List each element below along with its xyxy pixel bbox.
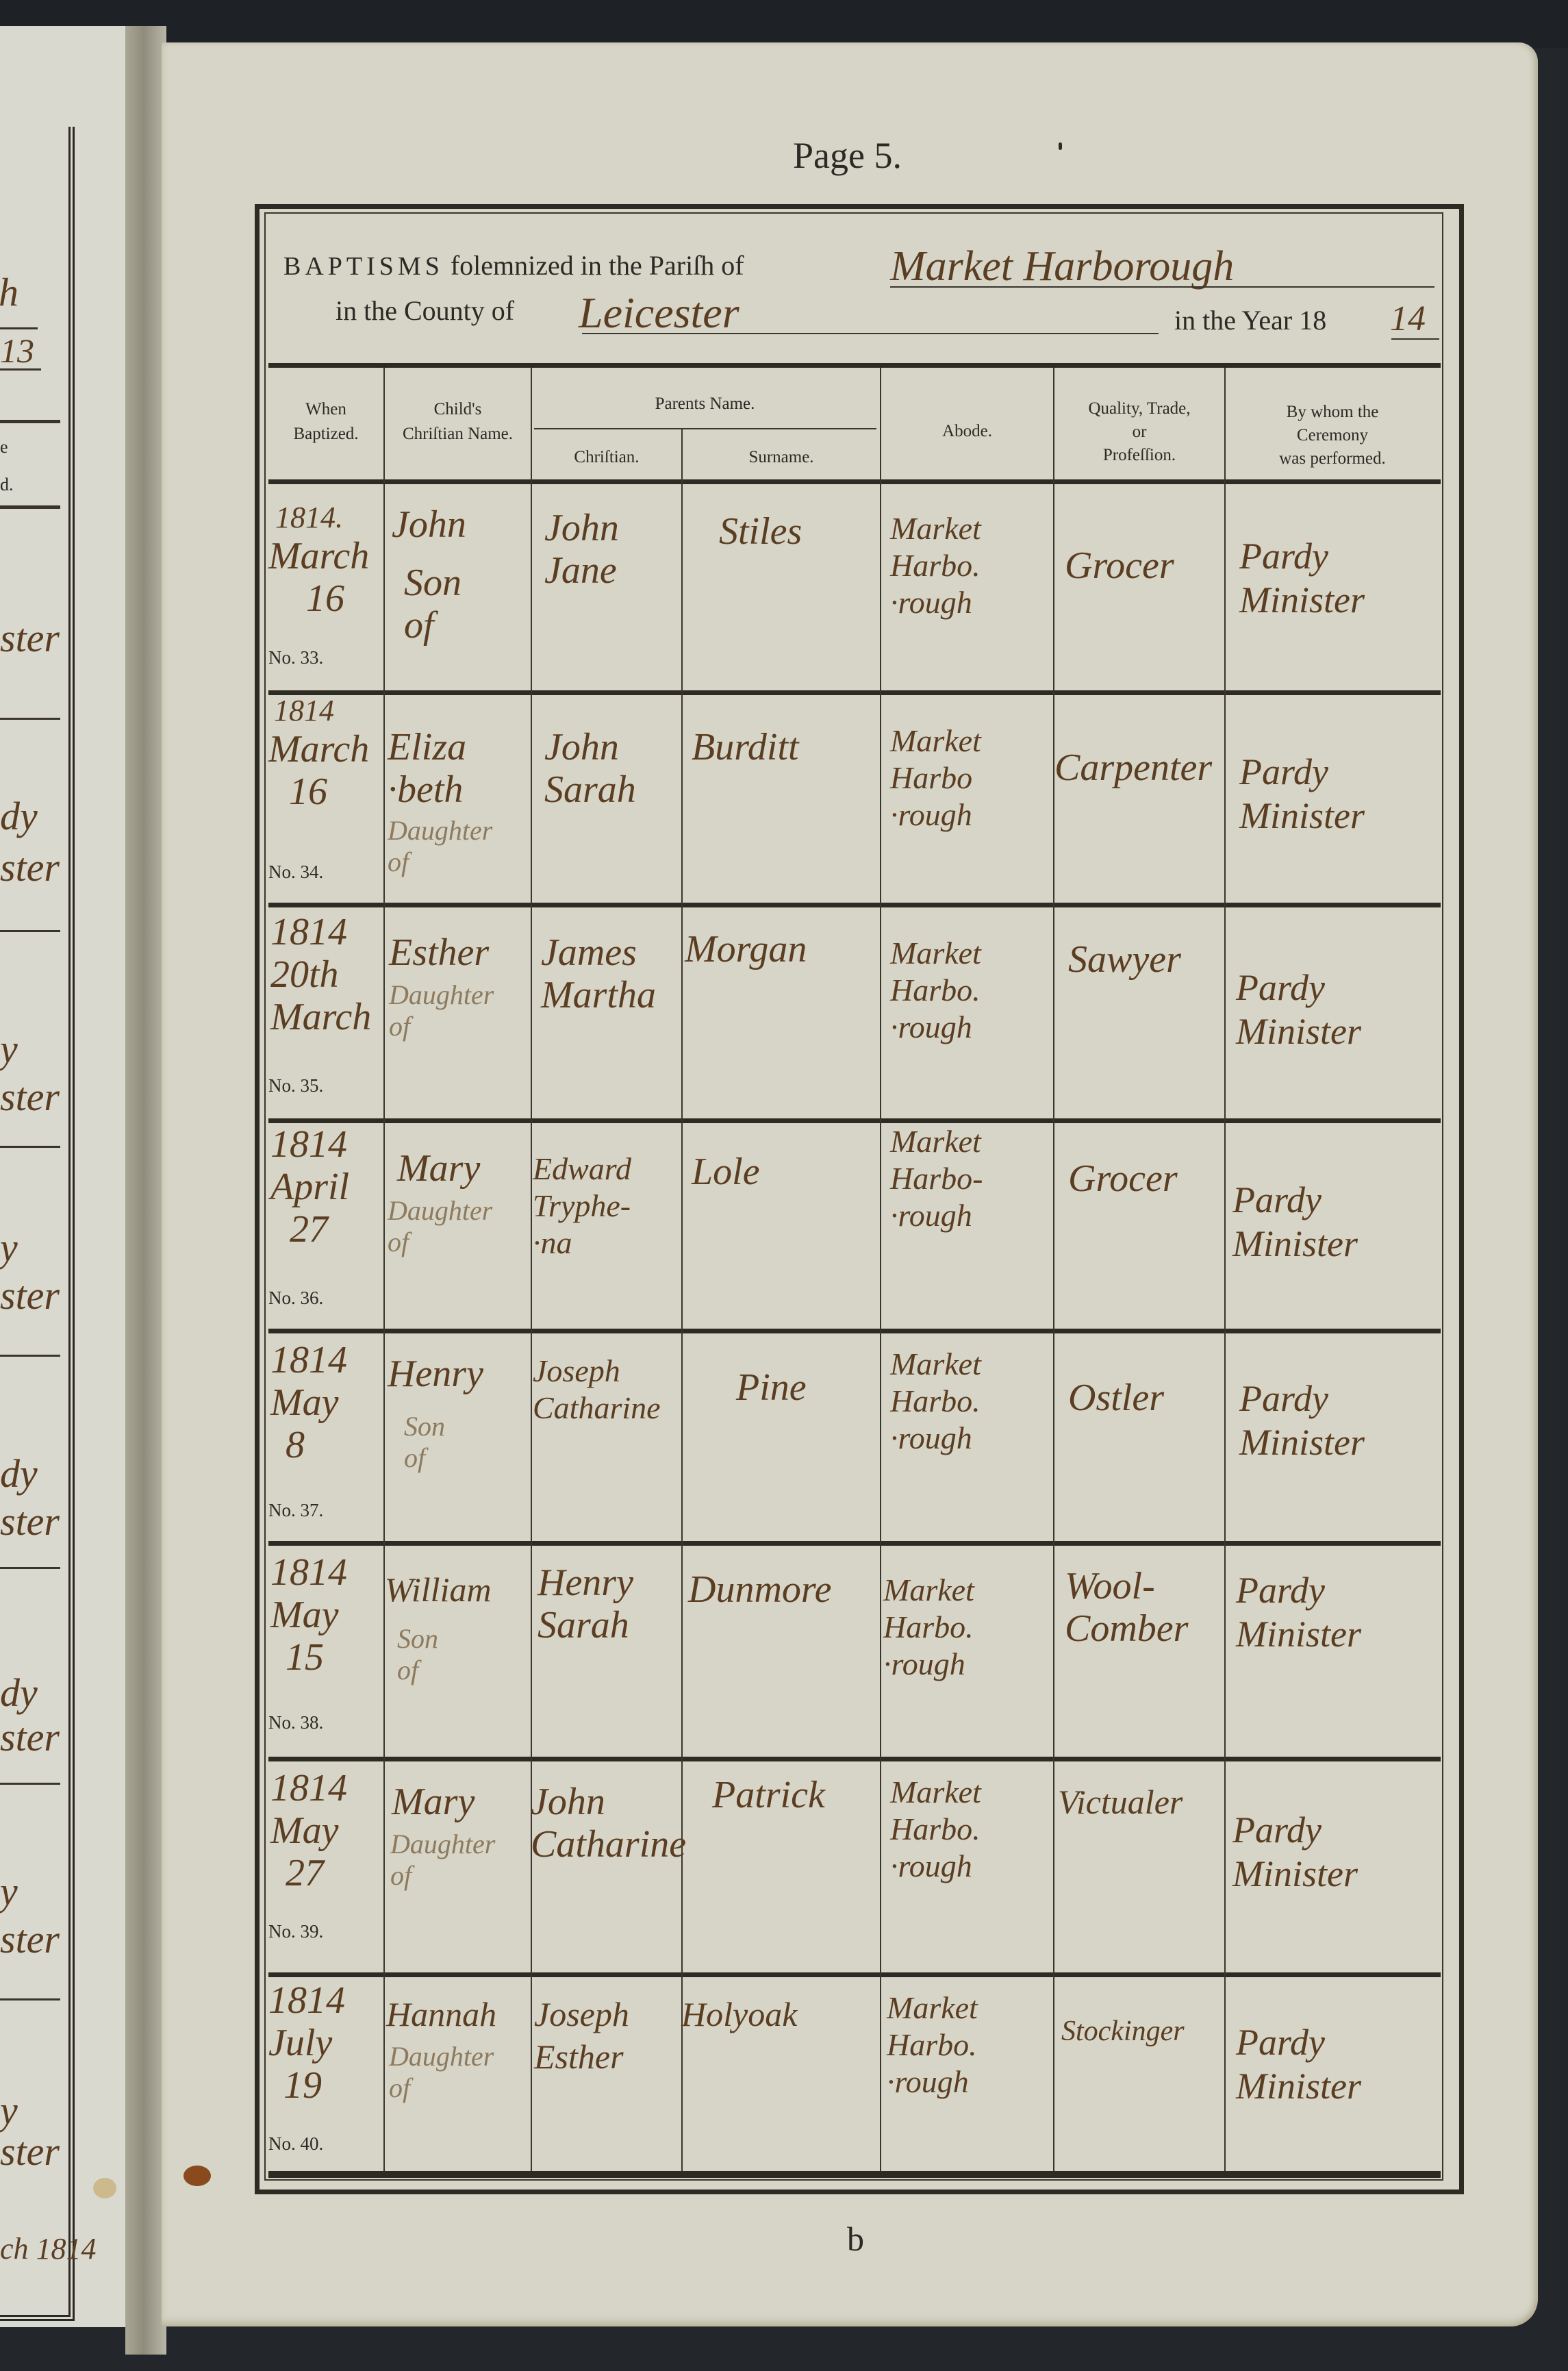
parents-surname: Pine: [736, 1366, 807, 1409]
child-name: Mary: [397, 1147, 480, 1190]
row-divider: [268, 903, 1441, 907]
child-relation: Son of: [404, 562, 461, 647]
left-year-fragment: 13: [0, 331, 34, 371]
entry-month: April: [270, 1166, 349, 1208]
row-divider: [268, 690, 1441, 695]
parents-christian: Joseph Esther: [534, 1993, 629, 2078]
child-relation: Son of: [397, 1623, 438, 1686]
trade: Ostler: [1068, 1377, 1164, 1419]
left-page-frame: [0, 127, 75, 2321]
child-name: Mary: [392, 1781, 475, 1823]
left-rule: [0, 1567, 60, 1569]
left-rule: [0, 1146, 60, 1148]
left-minister-fragment: dy: [0, 1451, 38, 1496]
entry-day: 27: [286, 1852, 347, 1894]
parents-christian: Henry Sarah: [538, 1561, 633, 1646]
left-rule: [0, 1783, 60, 1785]
child-name: John: [392, 503, 466, 546]
column-header-parents-christian: Chriſtian.: [532, 445, 681, 470]
entry-number: No. 36.: [268, 1288, 323, 1309]
row-divider: [268, 1118, 1441, 1123]
parents-christian: John Catharine: [531, 1781, 686, 1866]
parish-underline: [890, 286, 1434, 288]
header-bottom-rule: [268, 479, 1441, 484]
left-rule: [0, 505, 60, 509]
left-minister-fragment: ster: [0, 615, 60, 661]
parish-value: Market Harborough: [890, 242, 1234, 291]
minister-signature: Pardy Minister: [1239, 750, 1365, 838]
parents-christian: James Martha: [541, 931, 656, 1016]
column-header-parents-name: Parents Name.: [532, 392, 878, 416]
parents-surname: Dunmore: [688, 1568, 831, 1611]
trade: Grocer: [1065, 544, 1174, 587]
entry-date: 1814 May 8: [270, 1339, 347, 1466]
entry-year: 1814: [270, 1339, 347, 1381]
left-footer-fragment: ch 1814: [0, 2231, 97, 2266]
entry-number: No. 37.: [268, 1500, 323, 1521]
parents-christian: John Jane: [544, 507, 619, 592]
column-divider: [681, 429, 683, 2171]
ink-mark: [1059, 142, 1062, 150]
row-divider: [268, 1541, 1441, 1546]
parents-surname: Patrick: [712, 1774, 825, 1816]
column-divider: [1053, 368, 1054, 2171]
county-value: Leicester: [579, 288, 739, 338]
entry-month: March: [268, 728, 369, 770]
entry-month: May: [270, 1381, 347, 1424]
column-header-quality-trade: Quality, Trade, or Profeſſion.: [1054, 397, 1224, 467]
trade: Victualer: [1058, 1781, 1183, 1823]
left-minister-fragment: ster: [0, 1272, 60, 1318]
child-name: Hannah: [386, 1993, 496, 2035]
entry-date: 1814 20th March: [270, 911, 371, 1038]
entry-year: 1814: [270, 1551, 347, 1594]
entry-day: 8: [286, 1424, 347, 1466]
abode: Market Harbo. ·rough: [890, 1774, 981, 1885]
child-relation: Daughter of: [390, 1829, 495, 1892]
entry-date: 1814 July 19: [268, 1979, 345, 2107]
left-minister-fragment: y: [0, 1868, 18, 1914]
abode: Market Harbo. ·rough: [890, 1346, 981, 1457]
left-minister-fragment: dy: [0, 793, 38, 839]
entry-number: No. 34.: [268, 862, 323, 883]
left-rule: [0, 930, 60, 932]
minister-signature: Pardy Minister: [1232, 1178, 1358, 1266]
entry-year: 1814.: [275, 500, 369, 535]
heading-baptisms: BAPTISMS: [283, 252, 444, 281]
left-rule: [0, 1998, 60, 2000]
entry-month: 20th March: [270, 953, 371, 1038]
entry-day: 16: [306, 577, 369, 620]
parents-surname: Holyoak: [681, 1993, 797, 2035]
left-minister-fragment: y: [0, 2087, 18, 2133]
left-header-fragment: d.: [0, 475, 14, 495]
child-relation: Son of: [404, 1411, 445, 1474]
column-divider: [531, 368, 532, 2171]
year-value: 14: [1390, 299, 1426, 339]
column-divider: [383, 368, 385, 2171]
child-name: Henry: [388, 1353, 483, 1395]
entry-date: 1814 April 27: [270, 1123, 349, 1251]
trade: Carpenter: [1054, 747, 1212, 789]
parents-subheader-rule: [534, 428, 876, 429]
left-minister-fragment: ster: [0, 1498, 60, 1544]
entry-month: May: [270, 1809, 347, 1852]
entry-number: No. 38.: [268, 1712, 323, 1733]
left-rule: [0, 327, 38, 329]
column-header-when-baptized: When Baptized.: [268, 397, 383, 447]
abode: Market Harbo. ·rough: [890, 935, 981, 1046]
parents-christian: John Sarah: [544, 726, 636, 811]
parents-christian: Joseph Catharine: [533, 1353, 661, 1427]
entry-date: 1814 May 27: [270, 1767, 347, 1894]
book-gutter: [125, 26, 166, 2355]
abode: Market Harbo. ·rough: [890, 510, 981, 621]
entry-day: 16: [289, 770, 369, 813]
child-relation: Daughter of: [389, 2041, 494, 2104]
heading-county-label: in the County of: [336, 294, 514, 327]
entry-number: No. 33.: [268, 647, 323, 668]
entry-day: 27: [290, 1208, 349, 1251]
trade: Sawyer: [1068, 938, 1181, 981]
column-header-by-whom: By whom the Ceremony was performed.: [1226, 401, 1439, 471]
parents-surname: Stiles: [719, 510, 802, 553]
entry-day: 15: [286, 1636, 347, 1679]
minister-signature: Pardy Minister: [1239, 534, 1365, 622]
table-bottom-rule: [268, 2171, 1441, 2178]
trade: Grocer: [1068, 1157, 1178, 1200]
entry-month: May: [270, 1594, 347, 1636]
row-divider: [268, 1972, 1441, 1977]
county-underline: [582, 333, 1159, 334]
parents-surname: Burditt: [692, 726, 799, 768]
child-name: Esther: [389, 931, 489, 974]
child-relation: Daughter of: [389, 979, 494, 1042]
abode: Market Harbo ·rough: [890, 723, 981, 833]
entry-year: 1814: [270, 1123, 349, 1166]
ink-stain: [184, 2166, 211, 2186]
left-rule: [0, 420, 60, 423]
column-header-child-name: Child's Chriſtian Name.: [385, 397, 531, 447]
left-facing-page: h 13 e d. ster dy ster y ster y ster dy …: [0, 26, 125, 2327]
page-title: Page 5.: [793, 134, 902, 177]
child-name: Eliza ·beth: [388, 726, 466, 811]
left-minister-fragment: ster: [0, 1714, 60, 1760]
entry-date: 1814 May 15: [270, 1551, 347, 1679]
column-divider: [1224, 368, 1226, 2171]
parents-surname: Morgan: [685, 928, 807, 970]
parents-christian: Edward Tryphe- ·na: [533, 1151, 631, 1262]
entry-number: No. 35.: [268, 1075, 323, 1096]
minister-signature: Pardy Minister: [1236, 1568, 1361, 1656]
entry-month: July: [268, 2022, 345, 2064]
minister-signature: Pardy Minister: [1232, 1808, 1358, 1896]
entry-year: 1814: [270, 911, 371, 953]
column-header-abode: Abode.: [881, 419, 1053, 444]
left-minister-fragment: dy: [0, 1670, 38, 1716]
left-rule: [0, 718, 60, 720]
left-rule: [0, 1355, 60, 1357]
child-relation: Daughter of: [388, 1195, 492, 1258]
minister-signature: Pardy Minister: [1239, 1377, 1365, 1464]
column-header-parents-surname: Surname.: [683, 445, 880, 470]
row-divider: [268, 1329, 1441, 1333]
left-header-fragment: e: [0, 437, 8, 457]
entry-day: 19: [283, 2064, 345, 2107]
entry-number: No. 40.: [268, 2133, 323, 2155]
left-minister-fragment: y: [0, 1225, 18, 1270]
left-minister-fragment: ster: [0, 844, 60, 890]
entry-year: 1814: [274, 693, 369, 728]
left-minister-fragment: ster: [0, 2129, 60, 2174]
left-parish-fragment: h: [0, 269, 18, 315]
table-top-rule: [268, 363, 1441, 368]
abode: Market Harbo. ·rough: [887, 1990, 978, 2100]
heading-line-1: BAPTISMS folemnized in the Pariſh of: [283, 249, 744, 281]
minister-signature: Pardy Minister: [1236, 2020, 1361, 2108]
entry-number: No. 39.: [268, 1921, 323, 1942]
folio-signature-mark: b: [847, 2219, 864, 2259]
entry-date: 1814. March 16: [275, 500, 369, 620]
heading-year-label: in the Year 18: [1174, 304, 1326, 336]
parents-surname: Lole: [692, 1151, 760, 1193]
minister-signature: Pardy Minister: [1236, 966, 1361, 1053]
trade: Stockinger: [1061, 2010, 1185, 2053]
abode: Market Harbo- ·rough: [890, 1123, 983, 1234]
entry-year: 1814: [268, 1979, 345, 2022]
year-underline: [1391, 338, 1439, 340]
paper-stain: [93, 2178, 116, 2198]
row-divider: [268, 1757, 1441, 1761]
left-minister-fragment: ster: [0, 1916, 60, 1962]
left-minister-fragment: ster: [0, 1074, 60, 1120]
abode: Market Harbo. ·rough: [883, 1572, 974, 1683]
entry-date: 1814 March 16: [274, 693, 369, 813]
left-rule: [0, 368, 41, 371]
trade: Wool- Comber: [1065, 1565, 1188, 1650]
entry-month: March: [268, 535, 369, 577]
child-relation: Daughter of: [388, 815, 492, 878]
heading-parish-label: folemnized in the Pariſh of: [451, 250, 744, 281]
child-name: William: [385, 1568, 492, 1611]
column-divider: [880, 368, 881, 2171]
left-minister-fragment: y: [0, 1026, 18, 1072]
entry-year: 1814: [270, 1767, 347, 1809]
scanner-background: [0, 0, 1568, 48]
